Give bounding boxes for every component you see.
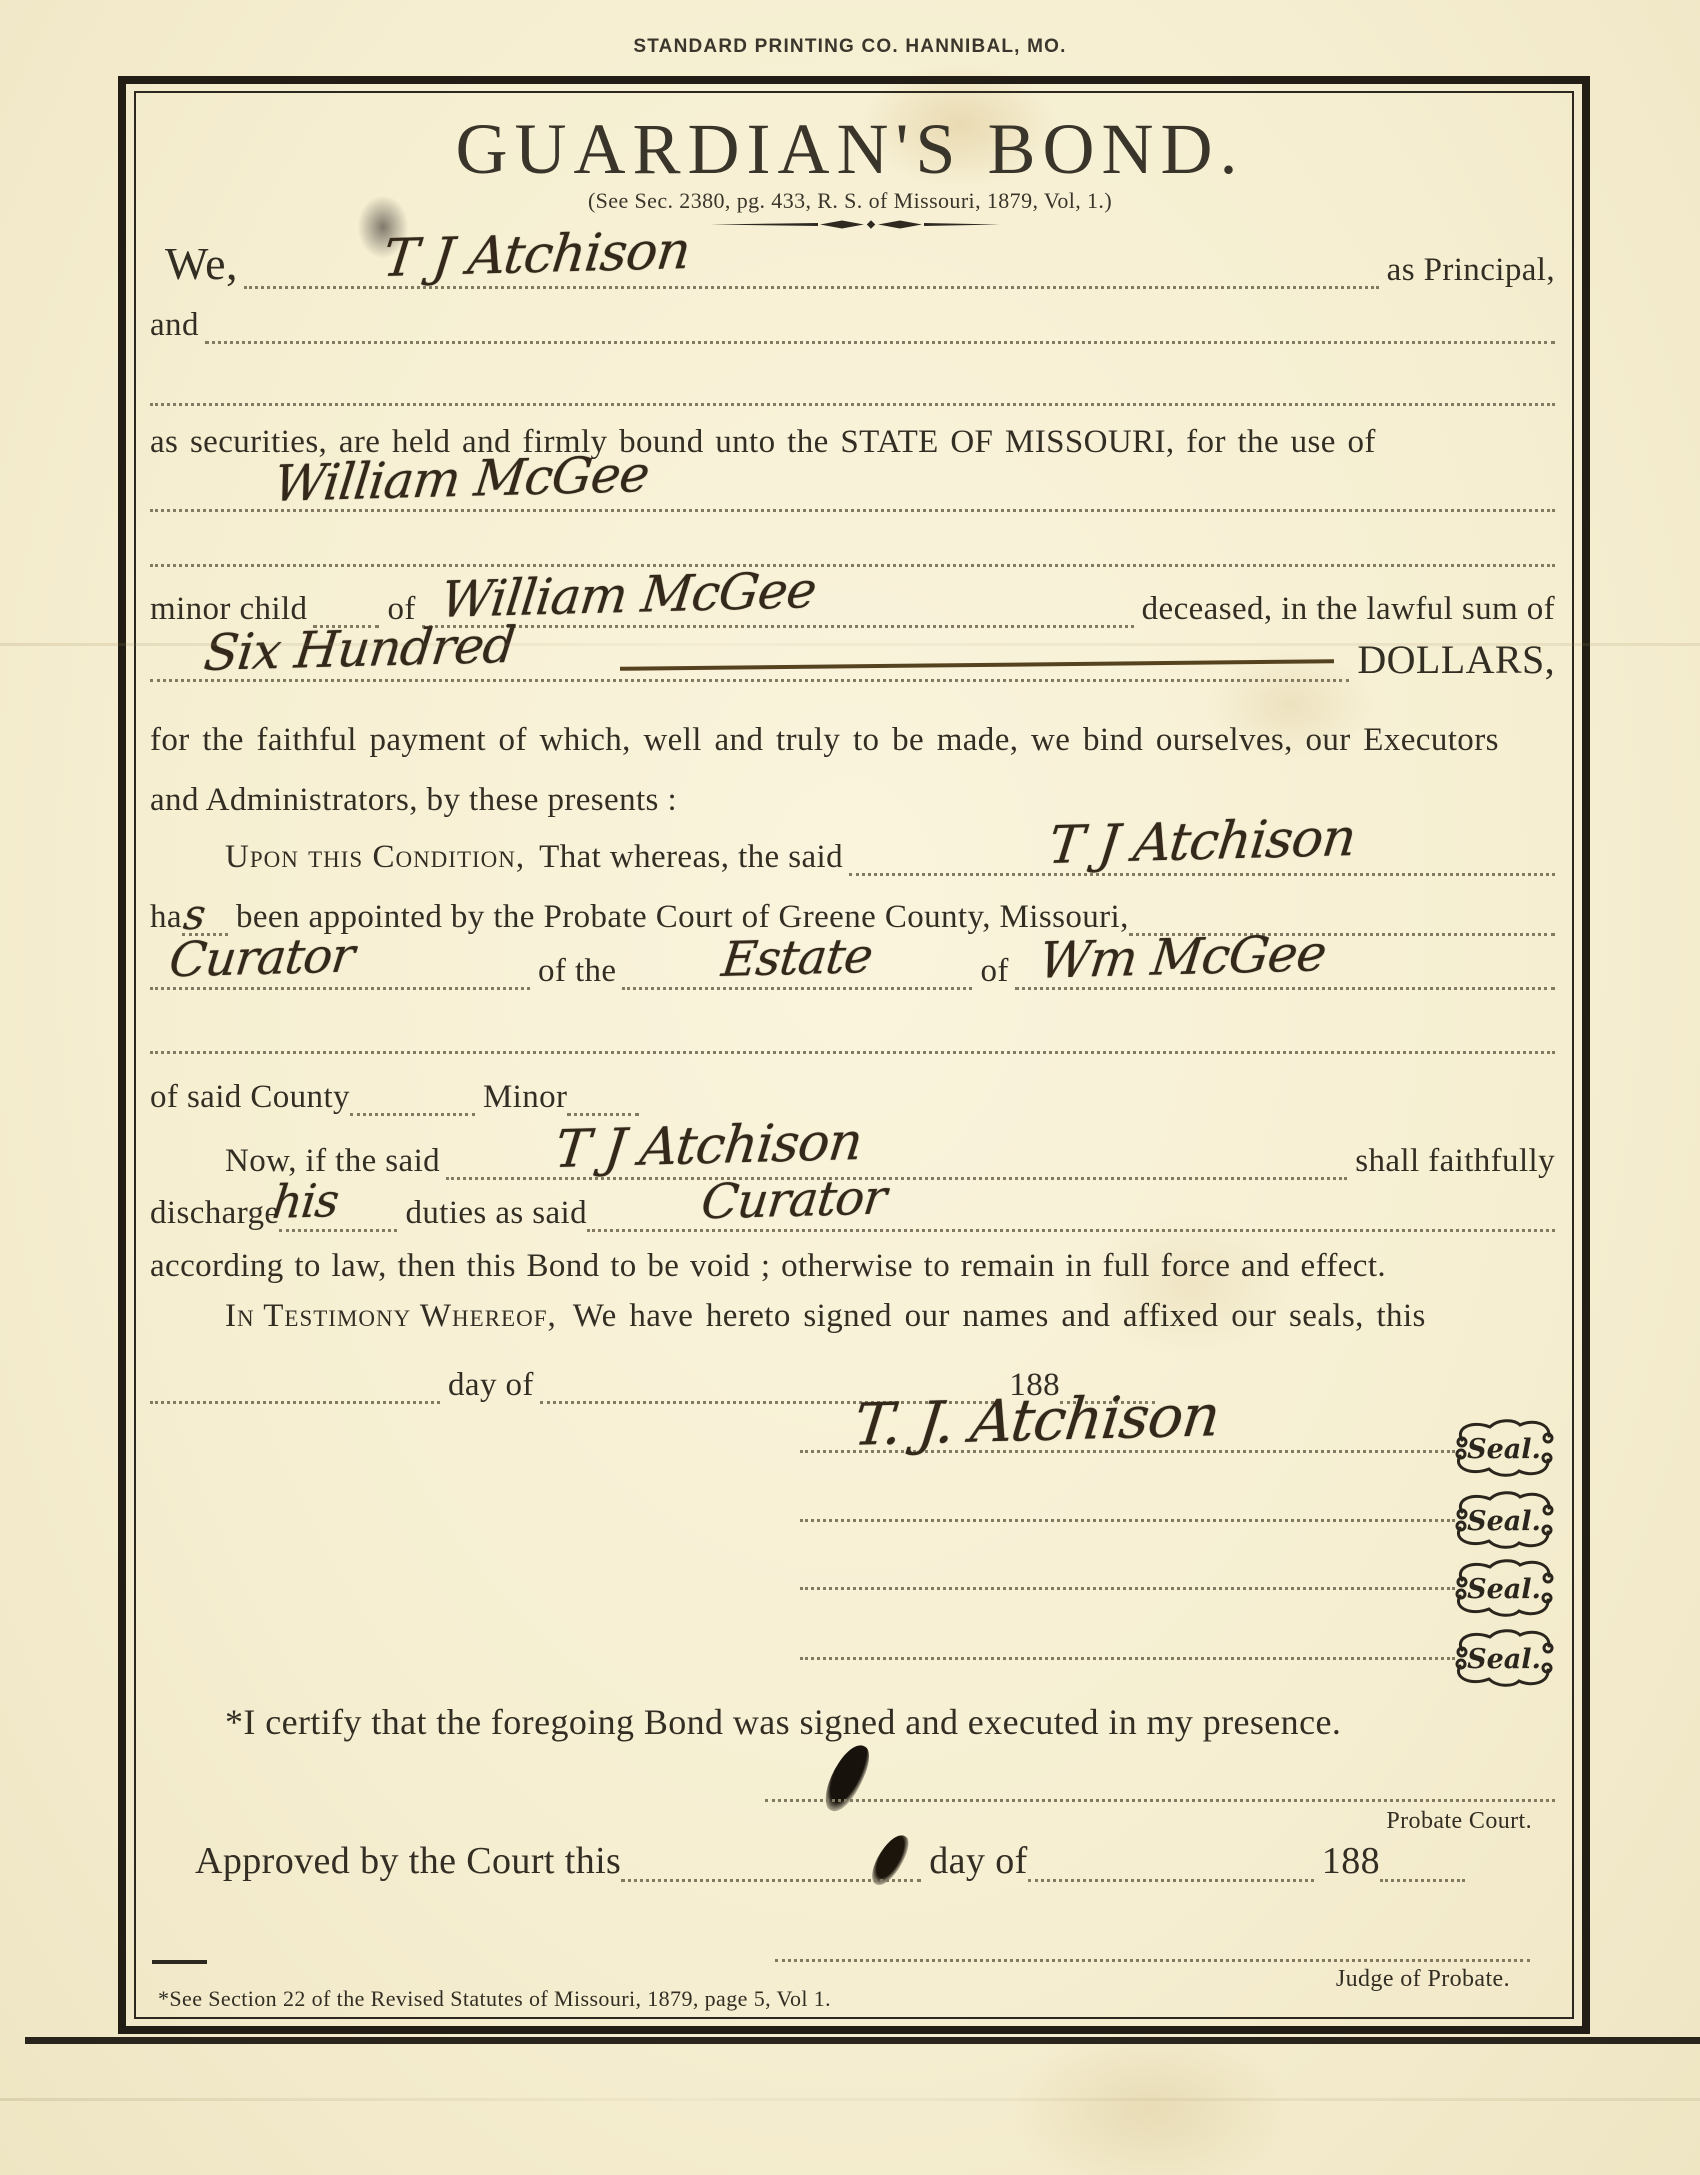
his-handwriting: his xyxy=(270,1173,341,1229)
blank-row-2 xyxy=(150,535,1555,567)
estate-fill-line: Estate xyxy=(622,981,972,990)
condition-row: Upon this Condition, That whereas, the s… xyxy=(225,822,1555,876)
of-the-label: of the xyxy=(530,955,622,990)
approved-day-of-label: day of xyxy=(921,1842,1027,1882)
testimony-row: In Testimony Whereof, We have hereto sig… xyxy=(225,1300,1555,1344)
whereas-label: That whereas, the said xyxy=(531,841,849,876)
day-of-label: day of xyxy=(440,1369,540,1404)
date-fill-1 xyxy=(150,1395,440,1404)
estate-of-label: of xyxy=(972,955,1014,990)
minor-fill xyxy=(567,1107,639,1116)
judge-fill xyxy=(775,1953,1530,1962)
probate-court-fill xyxy=(765,1793,1555,1802)
we-label: We, xyxy=(165,241,244,289)
judge-row xyxy=(775,1930,1530,1962)
father-fill-line: William McGee xyxy=(422,619,1134,628)
principal-fill-line: T J Atchison xyxy=(244,280,1379,289)
seal-mark-3: Seal. xyxy=(1452,1558,1556,1618)
now-name-handwriting: T J Atchison xyxy=(552,1112,865,1180)
minor-label: Minor xyxy=(475,1081,568,1116)
dollars-label: DOLLARS, xyxy=(1349,640,1555,682)
faithful-line: for the faithful payment of which, well … xyxy=(150,722,1555,760)
signature-fill-line-3 xyxy=(800,1581,1455,1590)
ha-label: ha xyxy=(150,901,182,936)
sum-strike-mark xyxy=(620,659,1334,670)
signature-fill-line-4 xyxy=(800,1651,1455,1660)
principal-handwriting: T J Atchison xyxy=(380,221,693,289)
approved-label: Approved by the Court this xyxy=(195,1842,621,1882)
footnote: *See Section 22 of the Revised Statutes … xyxy=(158,1986,831,2011)
duties-role-fill-line: Curator xyxy=(587,1223,1555,1232)
fold-crease-2 xyxy=(0,2098,1700,2101)
deceased-label: deceased, in the lawful sum of xyxy=(1134,593,1555,628)
county-fill xyxy=(350,1107,475,1116)
and-label: and xyxy=(150,309,205,344)
discharge-row: discharge his duties as said Curator xyxy=(150,1178,1555,1232)
of-said-county-label: of said County xyxy=(150,1081,350,1116)
sum-fill-line: Six Hundred xyxy=(150,673,1349,682)
judge-label: Judge of Probate. xyxy=(1210,1966,1510,1994)
signature-fill-line: T. J. Atchison xyxy=(800,1444,1455,1453)
testimony-label: In Testimony Whereof, xyxy=(225,1300,563,1335)
role-handwriting: Curator xyxy=(166,928,356,989)
approved-fill-2 xyxy=(1028,1873,1314,1882)
seal-mark-4: Seal. xyxy=(1452,1628,1556,1688)
estate-handwriting: Estate xyxy=(719,928,875,988)
and-row: and xyxy=(150,302,1555,344)
blank-row-1 xyxy=(150,372,1555,406)
appointed-line-label: been appointed by the Probate Court of G… xyxy=(228,901,1129,936)
estate-owner-fill-line: Wm McGee xyxy=(1015,981,1555,990)
estate-owner-handwriting: Wm McGee xyxy=(1036,924,1329,989)
discharge-label: discharge xyxy=(150,1197,279,1232)
duties-role-handwriting: Curator xyxy=(699,1170,889,1231)
role-row: Curator of the Estate of Wm McGee xyxy=(150,934,1555,990)
approved-fill-1 xyxy=(621,1873,921,1882)
principal-row: We, T J Atchison as Principal, xyxy=(165,225,1555,289)
page-title: GUARDIAN'S BOND. xyxy=(0,108,1700,191)
signature-row: T. J. Atchison xyxy=(800,1375,1455,1453)
blank-fill-line-2 xyxy=(150,558,1555,567)
appointee-fill-line: T J Atchison xyxy=(849,867,1555,876)
fold-crease-1 xyxy=(0,643,1700,646)
seal-mark-1: Seal. xyxy=(1452,1418,1556,1478)
now-if-row: Now, if the said T J Atchison shall fait… xyxy=(225,1122,1555,1180)
role-fill-line: Curator xyxy=(150,981,530,990)
beneficiary-handwriting: William McGee xyxy=(271,445,652,513)
county-minor-row: of said County Minor xyxy=(150,1072,810,1116)
printer-credit: STANDARD PRINTING CO. HANNIBAL, MO. xyxy=(0,36,1700,58)
seal-mark-2: Seal. xyxy=(1452,1490,1556,1550)
blank-row-3 xyxy=(150,1020,1555,1054)
testimony-line: We have hereto signed our names and affi… xyxy=(563,1300,1432,1335)
margin-dash xyxy=(152,1960,207,1964)
beneficiary-row: William McGee xyxy=(150,452,1555,512)
blank-fill-line-3 xyxy=(150,1045,1555,1054)
title-subtitle: (See Sec. 2380, pg. 433, R. S. of Missou… xyxy=(0,188,1700,213)
as-principal-label: as Principal, xyxy=(1379,254,1555,289)
shall-faithfully-label: shall faithfully xyxy=(1347,1145,1555,1180)
approved-fill-3 xyxy=(1380,1873,1465,1882)
appointee-handwriting: T J Atchison xyxy=(1046,808,1359,876)
signature-row-3 xyxy=(800,1558,1455,1590)
certify-line: *I certify that the foregoing Bond was s… xyxy=(225,1702,1555,1743)
approved-row: Approved by the Court this day of 188 xyxy=(195,1832,1465,1882)
probate-court-row xyxy=(765,1770,1555,1802)
duties-label: duties as said xyxy=(397,1197,587,1232)
sum-row: Six Hundred DOLLARS, xyxy=(150,630,1555,682)
upon-condition-label: Upon this Condition, xyxy=(225,841,531,876)
according-line: according to law, then this Bond to be v… xyxy=(150,1248,1555,1286)
sum-handwriting: Six Hundred xyxy=(201,616,518,682)
his-fill: his xyxy=(279,1223,397,1232)
approved-year-prefix: 188 xyxy=(1314,1842,1380,1882)
blank-fill-line xyxy=(150,397,1555,406)
scanned-document-page: STANDARD PRINTING CO. HANNIBAL, MO. GUAR… xyxy=(0,0,1700,2175)
beneficiary-fill-line: William McGee xyxy=(150,503,1555,512)
signature-row-2 xyxy=(800,1490,1455,1522)
bottom-fold-line xyxy=(25,2037,1700,2044)
securities-fill-line xyxy=(205,335,1555,344)
signature-fill-line-2 xyxy=(800,1513,1455,1522)
signature-row-4 xyxy=(800,1628,1455,1660)
signature-handwriting: T. J. Atchison xyxy=(851,1381,1223,1458)
